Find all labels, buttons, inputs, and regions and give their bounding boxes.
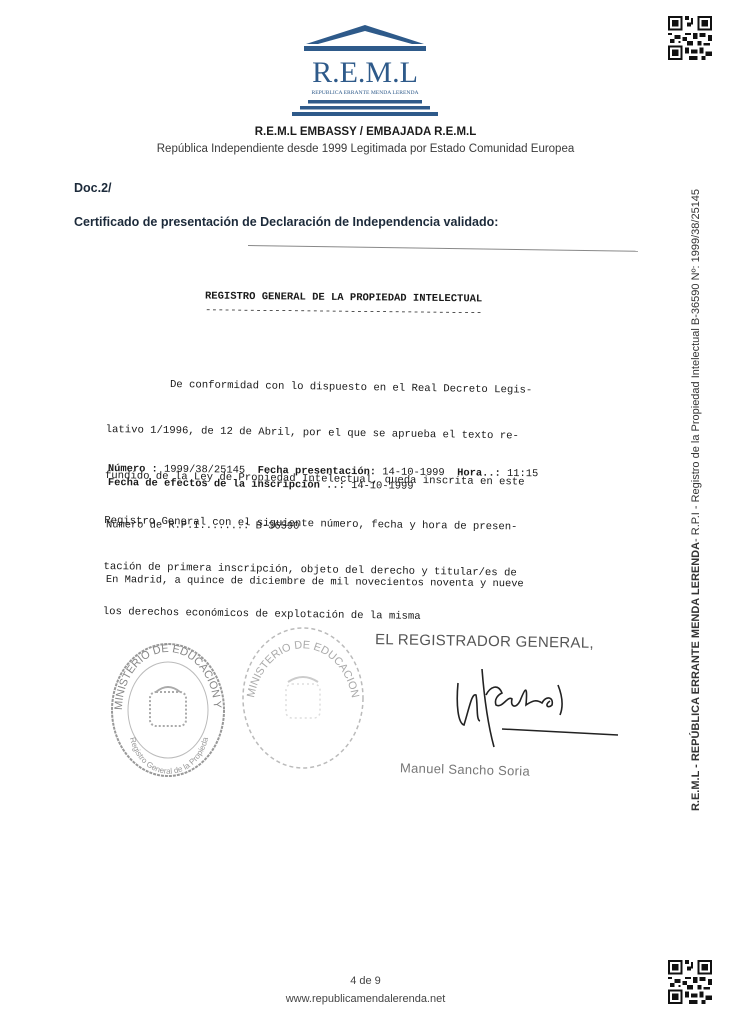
certificate-paragraph: De conformidad con lo dispuesto en el Re… bbox=[102, 347, 532, 643]
svg-text:R.E.M.L: R.E.M.L bbox=[312, 56, 418, 89]
svg-text:MINISTERIO DE EDUCACION Y CULT: MINISTERIO DE EDUCACION Y CULTURA bbox=[108, 640, 223, 711]
ministry-seal-faded: MINISTERIO DE EDUCACION bbox=[238, 620, 368, 775]
hora-label: Hora..: bbox=[457, 467, 501, 480]
svg-text:REPUBLICA ERRANTE MENDA LEREND: REPUBLICA ERRANTE MENDA LERENDA bbox=[311, 90, 418, 96]
embassy-title: R.E.M.L EMBASSY / EMBAJADA R.E.M.L bbox=[0, 126, 731, 138]
numero-label: Número : bbox=[108, 463, 158, 476]
website-link[interactable]: www.republicamendalerenda.net bbox=[0, 993, 731, 1005]
embassy-subtitle: República Independiente desde 1999 Legit… bbox=[0, 143, 731, 155]
qr-code-icon bbox=[668, 16, 712, 60]
signature bbox=[450, 665, 630, 760]
side-margin-regular: - R.P.I - Registro de la Propiedad Intel… bbox=[690, 189, 702, 542]
paragraph-line: lativo 1/1996, de 12 de Abril, por el qu… bbox=[106, 423, 532, 445]
fecha-presentacion-value: 14-10-1999 bbox=[382, 466, 445, 479]
side-margin-bold: R.E.M.L - REPÚBLICA ERRANTE MENDA LEREND… bbox=[690, 542, 702, 811]
fecha-efectos-value: 14-10-1999 bbox=[351, 480, 414, 493]
paragraph-line: De conformidad con lo dispuesto en el Re… bbox=[106, 377, 532, 399]
certificate-title: REGISTRO GENERAL DE LA PROPIEDAD INTELEC… bbox=[205, 291, 482, 306]
certificate-title-underline: ----------------------------------------… bbox=[205, 305, 482, 320]
rpi-label: Número de R.P.I.......: bbox=[106, 519, 250, 532]
doc-label: Doc.2/ bbox=[74, 181, 112, 195]
reml-logo: R.E.M.L REPUBLICA ERRANTE MENDA LERENDA bbox=[290, 22, 440, 120]
hora-value: 11:15 bbox=[507, 468, 538, 480]
registrador-name: Manuel Sancho Soria bbox=[400, 760, 530, 778]
rpi-value: B-36590 bbox=[256, 520, 300, 532]
page-number: 4 de 9 bbox=[0, 975, 731, 987]
ministry-seal: MINISTERIO DE EDUCACION Y CULTURA Regist… bbox=[108, 640, 228, 785]
numero-value: 1999/38/25145 bbox=[164, 464, 245, 477]
side-margin-text: R.E.M.L - REPÚBLICA ERRANTE MENDA LEREND… bbox=[690, 189, 702, 811]
section-title: Certificado de presentación de Declaraci… bbox=[74, 215, 498, 229]
svg-text:MINISTERIO DE EDUCACION: MINISTERIO DE EDUCACION bbox=[245, 639, 361, 699]
fecha-presentacion-label: Fecha presentación: bbox=[258, 465, 377, 478]
scan-rule bbox=[248, 245, 638, 252]
rpi-line: Número de R.P.I.......: B-36590 bbox=[106, 519, 299, 532]
registrador-title: EL REGISTRADOR GENERAL, bbox=[375, 631, 594, 652]
